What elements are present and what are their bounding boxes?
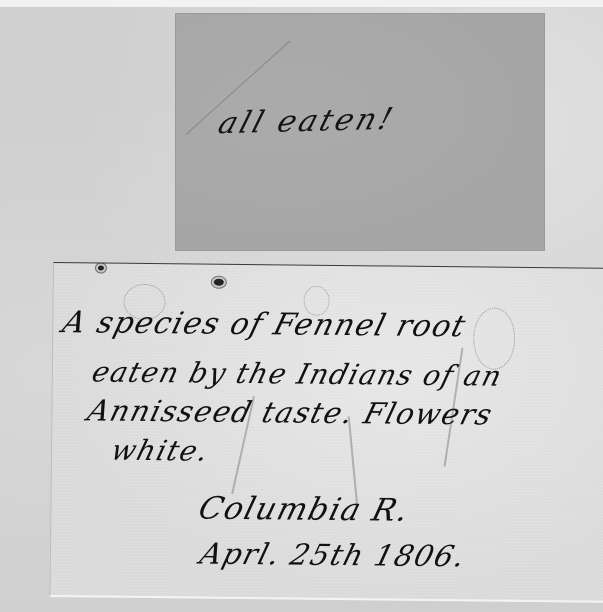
pin-hole — [98, 265, 104, 270]
label-date: Aprl. 25th 1806. — [197, 537, 470, 574]
pin-hole — [214, 279, 224, 286]
label-line-4: white. — [108, 434, 213, 468]
annotation-card: all eaten! — [176, 14, 544, 250]
label-line-2: eaten by the Indians of an — [89, 355, 507, 392]
label-location: Columbia R. — [195, 491, 414, 529]
annotation-text: all eaten! — [214, 102, 399, 142]
label-line-1: A species of Fennel root — [59, 305, 470, 344]
label-line-3: Annisseed taste. Flowers — [84, 393, 497, 431]
scan-top-edge — [0, 0, 603, 7]
specimen-label: A species of Fennel root eaten by the In… — [49, 262, 603, 603]
